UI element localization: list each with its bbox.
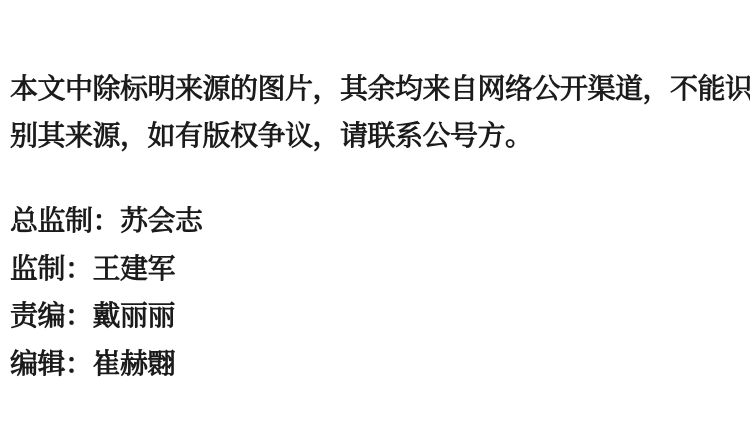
disclaimer-line-1: 本文中除标明来源的图片，其余均来自网络公开渠道，不能识 bbox=[10, 66, 750, 113]
image-source-disclaimer: 本文中除标明来源的图片，其余均来自网络公开渠道，不能识 别其来源，如有版权争议，… bbox=[10, 66, 750, 160]
credit-line-responsible-editor: 责编：戴丽丽 bbox=[10, 293, 203, 341]
credit-line-editor: 编辑：崔赫翾 bbox=[10, 341, 203, 389]
credit-line-chief-supervisor: 总监制：苏会志 bbox=[10, 198, 203, 246]
credits-block: 总监制：苏会志 监制：王建军 责编：戴丽丽 编辑：崔赫翾 bbox=[10, 198, 203, 388]
disclaimer-line-2: 别其来源，如有版权争议，请联系公号方。 bbox=[10, 113, 750, 160]
credit-line-supervisor: 监制：王建军 bbox=[10, 246, 203, 294]
article-page: 本文中除标明来源的图片，其余均来自网络公开渠道，不能识 别其来源，如有版权争议，… bbox=[0, 0, 750, 421]
